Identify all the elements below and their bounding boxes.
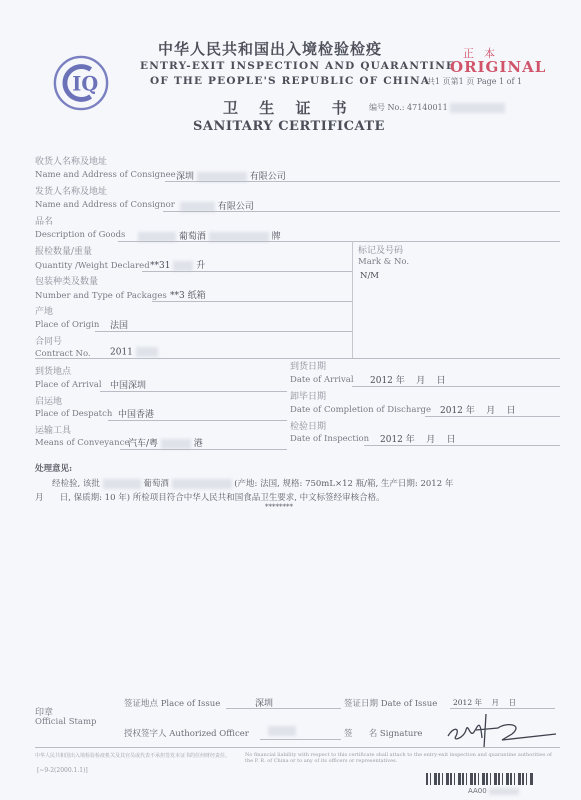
barcode-text: AA00 [468,787,519,795]
inspection-date-label-en: Date of Inspection [290,434,369,444]
discharge-date-underline [425,416,560,417]
inspection-date-label-cn: 检验日期 [290,419,326,432]
packages-label-en: Number and Type of Packages [35,291,167,301]
form-code: [~9-2(2000.1.1)] [37,767,88,774]
packages-label-cn: 包装种类及数量 [35,274,98,287]
discharge-date-label-en: Date of Completion of Discharge [290,405,431,415]
certificate-page: IQ 中华人民共和国出入境检验检疫 ENTRY-EXIT INSPECTION … [0,0,581,800]
packages-type: 纸箱 [188,291,206,301]
original-stamp-en: ORIGINAL [450,58,546,76]
quantity-label-en: Quantity /Weight Declared [35,261,150,271]
quantity-number: **31 [150,261,170,271]
redacted-block [138,232,176,242]
discharge-date-label-cn: 卸毕日期 [290,389,326,402]
certificate-number-label: 编号 No.: [369,103,404,112]
issue-date-label: 签证日期 Date of Issue [344,697,437,709]
arrival-place-value: 中国深圳 [110,378,146,391]
goods-label-cn: 品名 [35,214,53,227]
conveyance-underline [120,449,287,450]
quantity-label-cn: 报检数量/重量 [35,244,92,257]
despatch-value: 中国香港 [118,407,154,420]
certificate-title-en: SANITARY CERTIFICATE [193,119,385,134]
issue-place-label: 签证地点 Place of Issue [124,697,220,709]
authorized-officer-label: 授权签字人 Authorized Officer [124,727,249,739]
contract-number: 2011 [110,348,133,358]
contract-label-en: Contract No. [35,349,91,359]
remarks-line-2: 月 日, 保质期: 10 年) 所检项目符合中华人民共和国食品卫生要求, 中文标… [35,491,385,503]
arrival-place-label-en: Place of Arrival [35,380,102,390]
certificate-number-value: 47140011 [407,103,448,112]
quantity-value: **31 升 [150,258,205,271]
issue-date-value: 2012 年 月 日 [453,697,516,708]
mark-label-en: Mark & No. [358,257,409,267]
disclaimer-en: No financial liability with respect to t… [245,752,560,764]
redacted-block [197,172,247,182]
contract-label-cn: 合同号 [35,334,62,347]
despatch-label-en: Place of Despatch [35,409,112,419]
origin-value: 法国 [110,318,128,331]
page-indicator: 共1 页第1 页 Page 1 of 1 [427,76,522,87]
barcode-number: AA00 [468,787,487,795]
consignee-label-en: Name and Address of Consignee [35,170,176,180]
authority-name-en-line1: ENTRY-EXIT INSPECTION AND QUARANTINE [140,60,455,72]
mark-label-cn: 标记及号码 [358,243,403,256]
redacted-block [450,103,505,113]
redacted-block [136,347,158,357]
authority-name-en-line2: OF THE PEOPLE'S REPUBLIC OF CHINA [150,75,430,87]
stamp-label-en: Official Stamp [35,717,97,727]
mark-value: N/M [360,271,379,281]
conveyance-value: 汽车/粤 港 [128,436,203,449]
arrival-date-label-en: Date of Arrival [290,375,354,385]
redacted-block [180,202,215,212]
remarks-spec: (产地: 法国, 规格: 750mL×12 瓶/箱, 生产日期: 2012 年 [234,479,453,489]
despatch-label-cn: 启运地 [35,394,62,407]
redacted-block [172,479,232,489]
arrival-date-label-cn: 到货日期 [290,359,326,372]
redacted-block [161,439,191,449]
conveyance-region: 港 [194,439,203,449]
redacted-block [489,788,519,795]
svg-text:IQ: IQ [72,73,98,96]
officer-underline [260,739,341,740]
arrival-date-value: 2012 年 月 日 [370,373,446,386]
packages-underline [152,301,352,302]
certificate-number: 编号 No.: 47140011 [369,102,505,113]
quantity-unit: 升 [196,261,205,271]
redacted-block [268,726,296,736]
conveyance-label-cn: 运输工具 [35,423,71,436]
inspection-date-underline [364,445,560,446]
remarks-end-marker: ******** [265,503,293,511]
redacted-block [103,479,141,489]
arrival-place-underline [100,391,287,392]
inspection-date-value: 2012 年 月 日 [380,432,456,445]
packages-value: **3 纸箱 [170,288,206,301]
remarks-text: 经检验, 该批 [52,479,100,489]
issue-place-underline [226,708,341,709]
goods-underline [118,241,560,242]
packages-number: **3 [170,291,185,301]
origin-label-cn: 产地 [35,304,53,317]
redacted-block [173,261,193,271]
conveyance-vehicle: 汽车/粤 [128,439,158,449]
arrival-date-underline [352,386,560,387]
consignee-label-cn: 收货人名称及地址 [35,154,107,167]
barcode-icon [426,773,534,785]
mark-box-divider [352,241,353,359]
quantity-underline [142,271,352,272]
discharge-date-value: 2012 年 月 日 [440,403,516,416]
signature-label: 签 名 Signature [344,727,422,739]
redacted-block [209,232,269,242]
consignor-label-cn: 发货人名称及地址 [35,184,107,197]
remarks-product: 葡萄酒 [143,479,169,489]
consignor-label-en: Name and Address of Consignor [35,200,175,210]
origin-label-en: Place of Origin [35,320,99,330]
remarks-label: 处理意见: [35,462,72,474]
signature-icon [440,708,560,750]
arrival-place-label-cn: 到货地点 [35,364,71,377]
consignee-underline [165,181,560,182]
footer-divider [35,747,560,748]
goods-label-en: Description of Goods [35,230,125,240]
authority-name-cn: 中华人民共和国出入境检验检疫 [158,38,382,59]
contract-value: 2011 [110,347,158,358]
remarks-line-1: 经检验, 该批 葡萄酒 (产地: 法国, 规格: 750mL×12 瓶/箱, 生… [52,477,453,489]
origin-underline [95,331,352,332]
ciq-logo-icon: IQ [52,54,110,112]
consignor-underline [163,211,560,212]
disclaimer-cn: 中华人民共和国出入境检验检疫机关及其官员或代表不承担签发本证书的任何财经责任。 [35,752,230,759]
despatch-underline [108,420,287,421]
certificate-title-cn: 卫 生 证 书 [223,97,355,118]
conveyance-label-en: Means of Conveyance [35,438,129,448]
